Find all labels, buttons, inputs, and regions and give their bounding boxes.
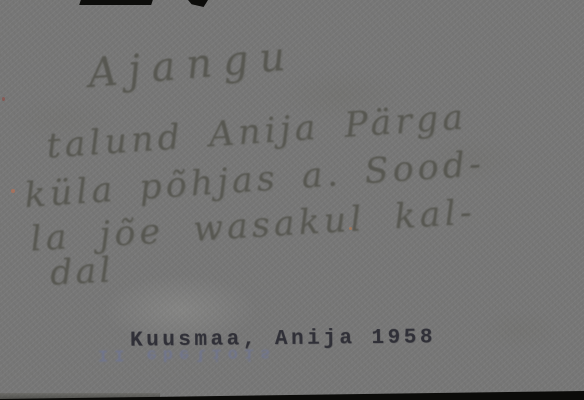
typed-attribution-stamp: Kuusmaa, Anija 1958 (130, 326, 436, 352)
handwritten-line-5: dal (49, 250, 114, 293)
scanned-archive-card: Ajangu talund Anija Pärga küla põhjas a.… (0, 0, 584, 400)
paper-speck (2, 97, 5, 101)
paper-speck (11, 189, 15, 193)
handwritten-line-title: Ajangu (86, 33, 297, 97)
scan-artifact-top-wedge (188, 0, 208, 7)
paper-speck (349, 227, 352, 230)
scan-artifact-top-bar (79, 0, 153, 5)
